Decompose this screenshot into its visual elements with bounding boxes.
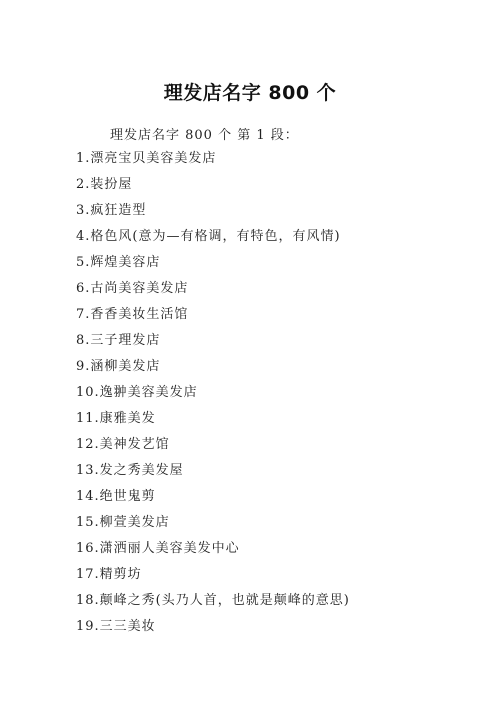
list-item: 17.精剪坊 (76, 567, 350, 593)
list-item: 1.漂亮宝贝美容美发店 (76, 151, 350, 177)
list-item: 4.格色风(意为—有格调，有特色，有风情) (76, 229, 350, 255)
list-item: 7.香香美妆生活馆 (76, 307, 350, 333)
intro-paragraph: 理发店名字 800 个 第 1 段： (110, 124, 299, 143)
document-page: 理发店名字 800 个 理发店名字 800 个 第 1 段： 1.漂亮宝贝美容美… (0, 0, 500, 708)
list-item: 10.逸翀美容美发店 (76, 385, 350, 411)
list-item: 12.美神发艺馆 (76, 437, 350, 463)
list-item: 16.潇洒丽人美容美发中心 (76, 541, 350, 567)
list-item: 2.装扮屋 (76, 177, 350, 203)
list-item: 11.康雅美发 (76, 411, 350, 437)
list-item: 9.涵柳美发店 (76, 359, 350, 385)
list-item: 14.绝世鬼剪 (76, 489, 350, 515)
document-title: 理发店名字 800 个 (0, 78, 500, 105)
list-item: 3.疯狂造型 (76, 203, 350, 229)
list-item: 18.颠峰之秀(头乃人首，也就是颠峰的意思) (76, 593, 350, 619)
list-item: 6.古尚美容美发店 (76, 281, 350, 307)
list-item: 19.三三美妆 (76, 619, 350, 645)
list-item: 5.辉煌美容店 (76, 255, 350, 281)
list-item: 13.发之秀美发屋 (76, 463, 350, 489)
name-list: 1.漂亮宝贝美容美发店 2.装扮屋 3.疯狂造型 4.格色风(意为—有格调，有特… (76, 151, 350, 645)
list-item: 8.三子理发店 (76, 333, 350, 359)
list-item: 15.柳萱美发店 (76, 515, 350, 541)
